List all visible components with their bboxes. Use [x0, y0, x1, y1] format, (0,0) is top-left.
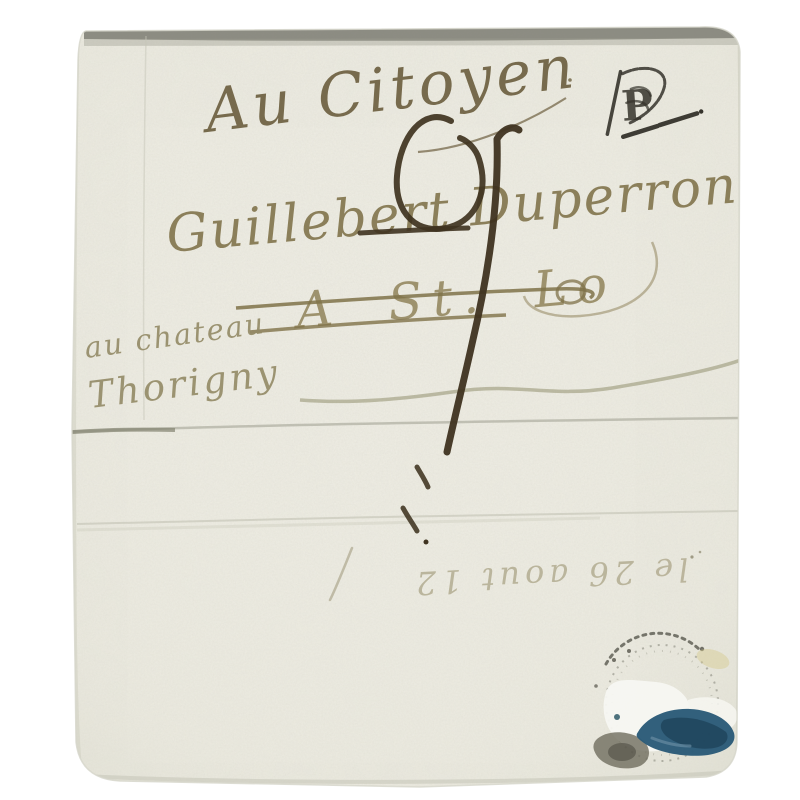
stray-ink-dot: [568, 78, 572, 82]
seal-teal-speck: [614, 714, 620, 720]
paper-sheet: Au Citoyen Guillebert Duperron A St. Lo …: [60, 20, 760, 800]
seal-speck-b: [627, 649, 631, 653]
seal-dark-smudge-core: [608, 743, 636, 761]
docket-speck-2: [699, 551, 702, 554]
top-fold-shadow: [84, 38, 741, 46]
postmark-letter: P: [620, 80, 655, 131]
letter-scene: Au Citoyen Guillebert Duperron A St. Lo …: [0, 0, 800, 800]
letter-photo: Au Citoyen Guillebert Duperron A St. Lo …: [0, 0, 800, 800]
seal-speck-a: [612, 658, 616, 662]
docket-speck-1: [690, 555, 693, 558]
seal-speck-d: [594, 684, 598, 688]
rate-numeral-ink-dot: [424, 540, 429, 545]
